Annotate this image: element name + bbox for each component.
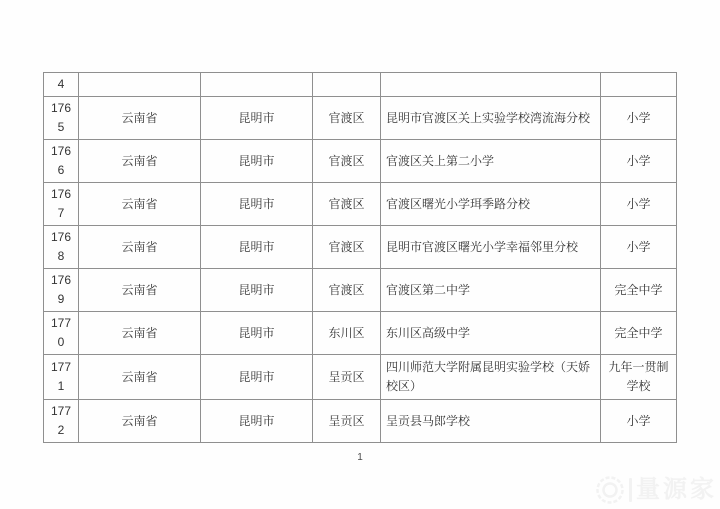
page-number: 1 [0,452,720,463]
school-type-cell: 小学 [601,400,677,443]
district-cell: 官渡区 [313,140,381,183]
province-cell: 云南省 [79,183,201,226]
province-cell: 云南省 [79,269,201,312]
row-number-cell: 176 8 [44,226,79,269]
row-number-cell: 177 2 [44,400,79,443]
province-cell: 云南省 [79,355,201,400]
province-cell: 云南省 [79,140,201,183]
school-name-cell [381,73,601,97]
table-row: 176 8 云南省 昆明市 官渡区 昆明市官渡区曙光小学幸福邻里分校 小学 [44,226,677,269]
city-cell: 昆明市 [201,183,313,226]
district-cell: 呈贡区 [313,400,381,443]
city-cell: 昆明市 [201,226,313,269]
table-row: 177 1 云南省 昆明市 呈贡区 四川师范大学附属昆明实验学校（天娇校区） 九… [44,355,677,400]
table-row: 177 0 云南省 昆明市 东川区 东川区高级中学 完全中学 [44,312,677,355]
province-cell: 云南省 [79,312,201,355]
district-cell: 东川区 [313,312,381,355]
watermark-divider [629,478,632,502]
school-name-cell: 官渡区曙光小学珥季路分校 [381,183,601,226]
school-type-cell: 小学 [601,140,677,183]
school-name-cell: 昆明市官渡区曙光小学幸福邻里分校 [381,226,601,269]
school-name-cell: 官渡区关上第二小学 [381,140,601,183]
watermark-text: 量源家 [636,475,717,505]
table-row: 176 5 云南省 昆明市 官渡区 昆明市官渡区关上实验学校湾流海分校 小学 [44,97,677,140]
row-number-cell: 176 7 [44,183,79,226]
city-cell: 昆明市 [201,312,313,355]
row-number-cell: 4 [44,73,79,97]
school-name-cell: 昆明市官渡区关上实验学校湾流海分校 [381,97,601,140]
district-cell: 官渡区 [313,183,381,226]
school-name-cell: 官渡区第二中学 [381,269,601,312]
school-name-cell: 东川区高级中学 [381,312,601,355]
row-number-cell: 177 0 [44,312,79,355]
row-number-cell: 176 6 [44,140,79,183]
district-cell: 官渡区 [313,269,381,312]
city-cell: 昆明市 [201,269,313,312]
watermark-logo-icon [595,475,625,505]
city-cell: 昆明市 [201,97,313,140]
table-row: 176 7 云南省 昆明市 官渡区 官渡区曙光小学珥季路分校 小学 [44,183,677,226]
row-number-cell: 176 9 [44,269,79,312]
city-cell: 昆明市 [201,400,313,443]
district-cell: 官渡区 [313,97,381,140]
district-cell [313,73,381,97]
province-cell: 云南省 [79,400,201,443]
school-type-cell: 九年一贯制学校 [601,355,677,400]
watermark: 量源家 [595,475,717,505]
table-row: 4 [44,73,677,97]
province-cell: 云南省 [79,97,201,140]
school-name-cell: 呈贡县马郎学校 [381,400,601,443]
table-row: 177 2 云南省 昆明市 呈贡区 呈贡县马郎学校 小学 [44,400,677,443]
school-type-cell: 完全中学 [601,269,677,312]
document-page: 4 176 5 云南省 昆明市 官渡区 昆明市官渡区关上实验学校湾流海分校 小学… [0,0,720,509]
row-number-cell: 177 1 [44,355,79,400]
table-row: 176 6 云南省 昆明市 官渡区 官渡区关上第二小学 小学 [44,140,677,183]
school-type-cell: 小学 [601,183,677,226]
city-cell: 昆明市 [201,355,313,400]
table-row: 176 9 云南省 昆明市 官渡区 官渡区第二中学 完全中学 [44,269,677,312]
school-type-cell: 完全中学 [601,312,677,355]
school-type-cell: 小学 [601,226,677,269]
school-name-cell: 四川师范大学附属昆明实验学校（天娇校区） [381,355,601,400]
district-cell: 呈贡区 [313,355,381,400]
province-cell [79,73,201,97]
row-number-cell: 176 5 [44,97,79,140]
school-type-cell [601,73,677,97]
province-cell: 云南省 [79,226,201,269]
school-list-table: 4 176 5 云南省 昆明市 官渡区 昆明市官渡区关上实验学校湾流海分校 小学… [43,72,677,443]
school-type-cell: 小学 [601,97,677,140]
district-cell: 官渡区 [313,226,381,269]
city-cell: 昆明市 [201,140,313,183]
city-cell [201,73,313,97]
